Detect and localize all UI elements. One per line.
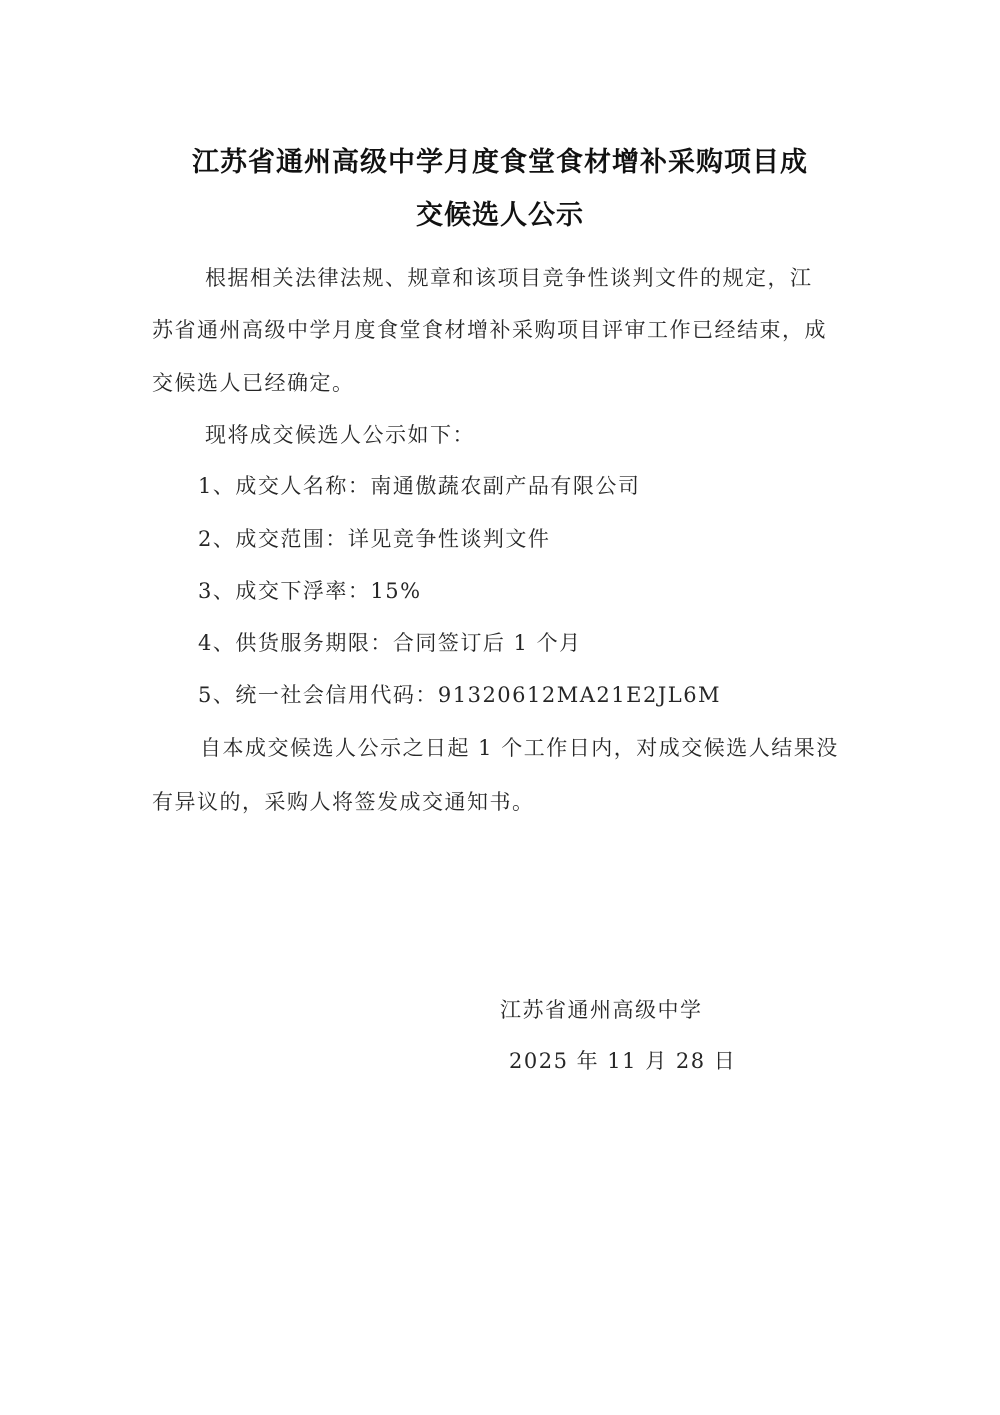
item-service-period: 4、供货服务期限：合同签订后 1 个月	[198, 627, 582, 657]
item-discount-rate: 3、成交下浮率：15%	[198, 575, 422, 605]
document-page: 江苏省通州高级中学月度食堂食材增补采购项目成 交候选人公示 根据相关法律法规、规…	[0, 0, 1000, 1415]
item-scope: 2、成交范围：详见竞争性谈判文件	[198, 523, 550, 553]
document-title-line-1: 江苏省通州高级中学月度食堂食材增补采购项目成	[150, 140, 850, 179]
intro-paragraph-line-1: 根据相关法律法规、规章和该项目竞争性谈判文件的规定，江	[205, 262, 813, 292]
item-winner-name: 1、成交人名称：南通傲蔬农副产品有限公司	[198, 470, 640, 500]
intro-paragraph-line-2: 苏省通州高级中学月度食堂食材增补采购项目评审工作已经结束，成	[152, 314, 827, 344]
closing-paragraph-line-1: 自本成交候选人公示之日起 1 个工作日内，对成交候选人结果没	[200, 732, 839, 762]
item-credit-code: 5、统一社会信用代码：91320612MA21E2JL6M	[198, 679, 721, 709]
signature-date: 2025 年 11 月 28 日	[509, 1045, 736, 1075]
signature-organization: 江苏省通州高级中学	[500, 994, 703, 1024]
closing-paragraph-line-2: 有异议的，采购人将签发成交通知书。	[152, 786, 535, 816]
lead-text: 现将成交候选人公示如下：	[205, 419, 475, 449]
intro-paragraph-line-3: 交候选人已经确定。	[152, 367, 355, 397]
document-title-line-2: 交候选人公示	[150, 193, 850, 232]
